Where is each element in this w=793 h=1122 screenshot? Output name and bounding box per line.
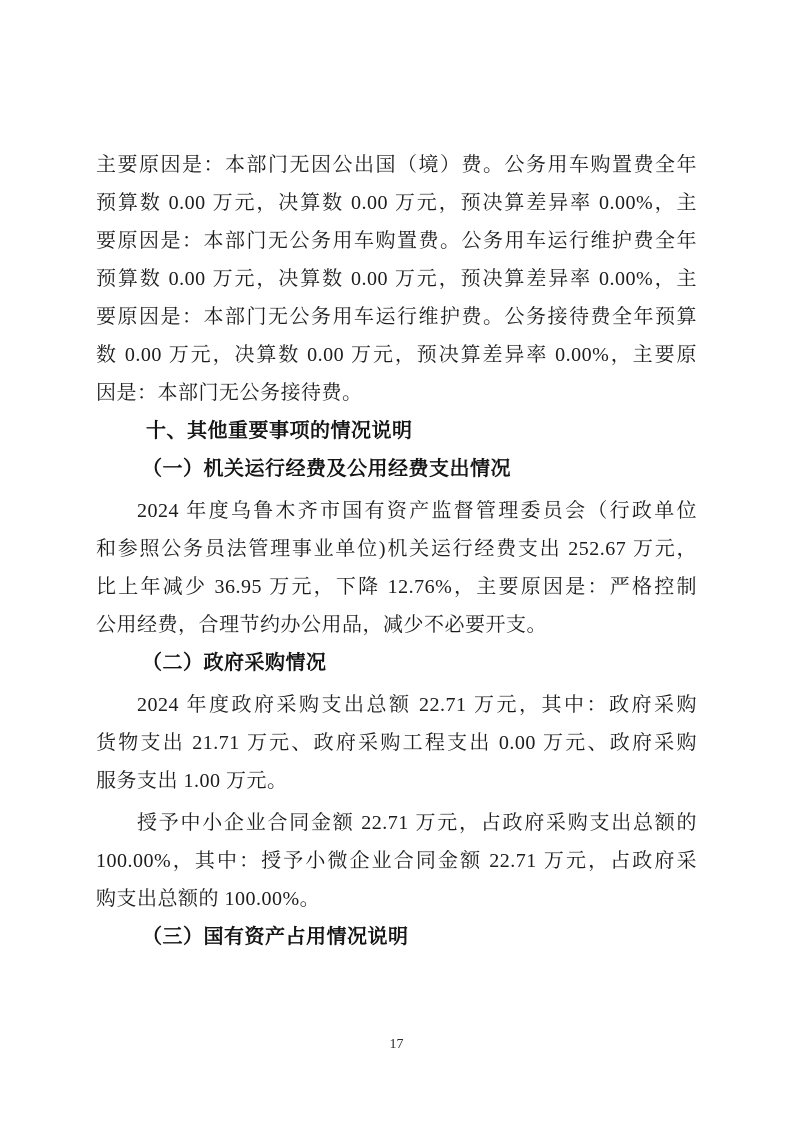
- document-page: 主要原因是：本部门无因公出国（境）费。公务用车购置费全年 预算数 0.00 万元…: [0, 0, 793, 1122]
- text-line: 要原因是：本部门无公务用车运行维护费。公务接待费全年预算: [96, 298, 697, 336]
- document-body: 主要原因是：本部门无因公出国（境）费。公务用车购置费全年 预算数 0.00 万元…: [96, 146, 697, 956]
- page-number: 17: [0, 1036, 793, 1054]
- subsection-heading-state-assets: （三）国有资产占用情况说明: [96, 918, 697, 956]
- subsection-heading-government-procurement: （二）政府采购情况: [96, 644, 697, 682]
- subsection-heading-operating-funds: （一）机关运行经费及公用经费支出情况: [96, 450, 697, 488]
- paragraph-three-public-expenses-carryover: 主要原因是：本部门无因公出国（境）费。公务用车购置费全年 预算数 0.00 万元…: [96, 146, 697, 412]
- text-line: 货物支出 21.71 万元、政府采购工程支出 0.00 万元、政府采购: [96, 724, 697, 762]
- text-line: 预算数 0.00 万元，决算数 0.00 万元，预决算差异率 0.00%，主: [96, 260, 697, 298]
- text-line: 2024 年度政府采购支出总额 22.71 万元，其中：政府采购: [96, 686, 697, 724]
- text-line: 100.00%，其中：授予小微企业合同金额 22.71 万元，占政府采: [96, 842, 697, 880]
- text-line: 要原因是：本部门无公务用车购置费。公务用车运行维护费全年: [96, 222, 697, 260]
- section-heading-other-important-matters: 十、其他重要事项的情况说明: [96, 412, 697, 450]
- text-line: 主要原因是：本部门无因公出国（境）费。公务用车购置费全年: [96, 146, 697, 184]
- text-line: 比上年减少 36.95 万元，下降 12.76%，主要原因是：严格控制: [96, 568, 697, 606]
- text-line: 和参照公务员法管理事业单位)机关运行经费支出 252.67 万元，: [96, 530, 697, 568]
- text-line: 预算数 0.00 万元，决算数 0.00 万元，预决算差异率 0.00%，主: [96, 184, 697, 222]
- paragraph-procurement-total: 2024 年度政府采购支出总额 22.71 万元，其中：政府采购 货物支出 21…: [96, 686, 697, 800]
- text-line: 授予中小企业合同金额 22.71 万元，占政府采购支出总额的: [96, 804, 697, 842]
- text-line: 因是：本部门无公务接待费。: [96, 374, 697, 412]
- paragraph-procurement-sme: 授予中小企业合同金额 22.71 万元，占政府采购支出总额的 100.00%，其…: [96, 804, 697, 918]
- text-line: 购支出总额的 100.00%。: [96, 880, 697, 918]
- text-line: 公用经费，合理节约办公用品，减少不必要开支。: [96, 606, 697, 644]
- text-line: 2024 年度乌鲁木齐市国有资产监督管理委员会（行政单位: [96, 492, 697, 530]
- text-line: 数 0.00 万元，决算数 0.00 万元，预决算差异率 0.00%，主要原: [96, 336, 697, 374]
- text-line: 服务支出 1.00 万元。: [96, 762, 697, 800]
- paragraph-operating-funds: 2024 年度乌鲁木齐市国有资产监督管理委员会（行政单位 和参照公务员法管理事业…: [96, 492, 697, 644]
